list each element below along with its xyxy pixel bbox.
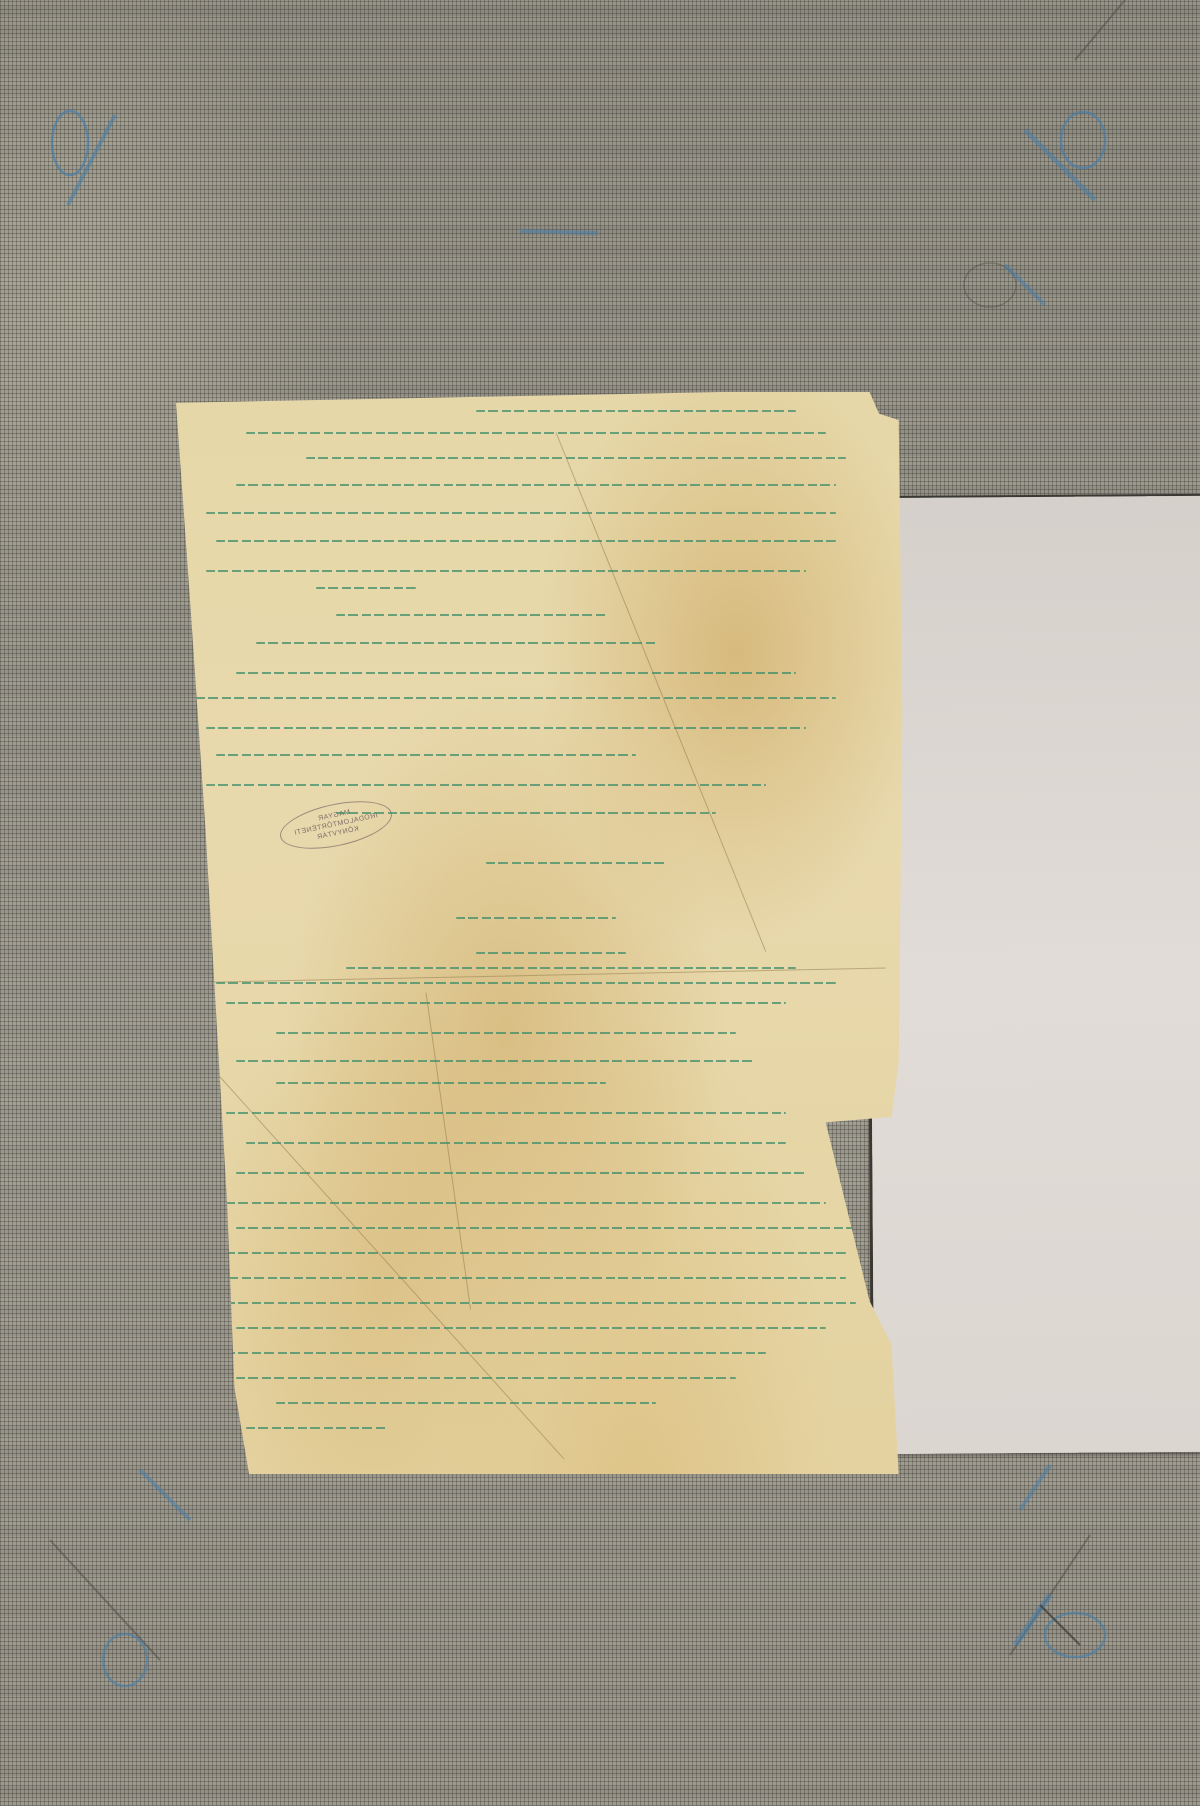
handwriting-line: [196, 697, 836, 699]
handwriting-line: [206, 512, 836, 514]
handwriting-line: [306, 457, 846, 459]
handwritten-letter: MAGYAR IRODALOMTÖRTÉNETI KÖNYVTÁR: [176, 392, 906, 1474]
paper-crease: [196, 968, 886, 983]
handwriting-line: [236, 1060, 756, 1062]
handwriting-line: [206, 784, 766, 786]
handwriting-line: [226, 1202, 826, 1204]
handwriting-line: [236, 1227, 856, 1229]
handwriting-line: [206, 727, 806, 729]
crop-mark-bottom-left-icon: [40, 1460, 200, 1700]
handwriting-line: [226, 1112, 786, 1114]
crop-mark-top-left-icon: [40, 95, 130, 235]
handwriting-line: [336, 614, 606, 616]
handwriting-line: [216, 982, 836, 984]
handwriting-line: [226, 1252, 846, 1254]
handwriting-line: [216, 754, 636, 756]
handwriting-line: [236, 484, 836, 486]
handwriting-line: [256, 642, 656, 644]
handwriting-line: [476, 410, 796, 412]
handwriting-line: [236, 672, 796, 674]
handwriting-line: [276, 1082, 606, 1084]
crop-mark-mid-right-icon: [950, 250, 1060, 330]
paper-crease: [426, 992, 472, 1309]
handwriting-line: [276, 1032, 736, 1034]
handwriting-line: [246, 1427, 386, 1429]
pencil-dash-top-icon: [520, 225, 600, 237]
handwriting-line: [486, 862, 666, 864]
handwriting-line: [336, 812, 716, 814]
handwriting-line: [246, 432, 826, 434]
crop-mark-bottom-right-icon: [1000, 1455, 1140, 1665]
library-stamp: MAGYAR IRODALOMTÖRTÉNETI KÖNYVTÁR: [276, 793, 396, 858]
handwriting-line: [276, 1402, 656, 1404]
blank-white-card: [868, 496, 1200, 1454]
crop-mark-top-right-icon: [1005, 0, 1165, 220]
handwriting-line: [216, 540, 836, 542]
handwriting-line: [226, 1352, 766, 1354]
handwriting-line: [246, 1142, 786, 1144]
handwriting-line: [456, 917, 616, 919]
handwriting-line: [476, 952, 626, 954]
handwriting-line: [226, 1002, 786, 1004]
handwriting-line: [236, 1172, 806, 1174]
handwriting-line: [316, 587, 416, 589]
handwriting-line: [236, 1377, 736, 1379]
handwriting-line: [346, 967, 796, 969]
paper-crease: [556, 432, 767, 952]
handwriting-line: [226, 1302, 856, 1304]
handwriting-line: [216, 1277, 846, 1279]
handwriting-line: [206, 570, 806, 572]
handwriting-line: [236, 1327, 826, 1329]
